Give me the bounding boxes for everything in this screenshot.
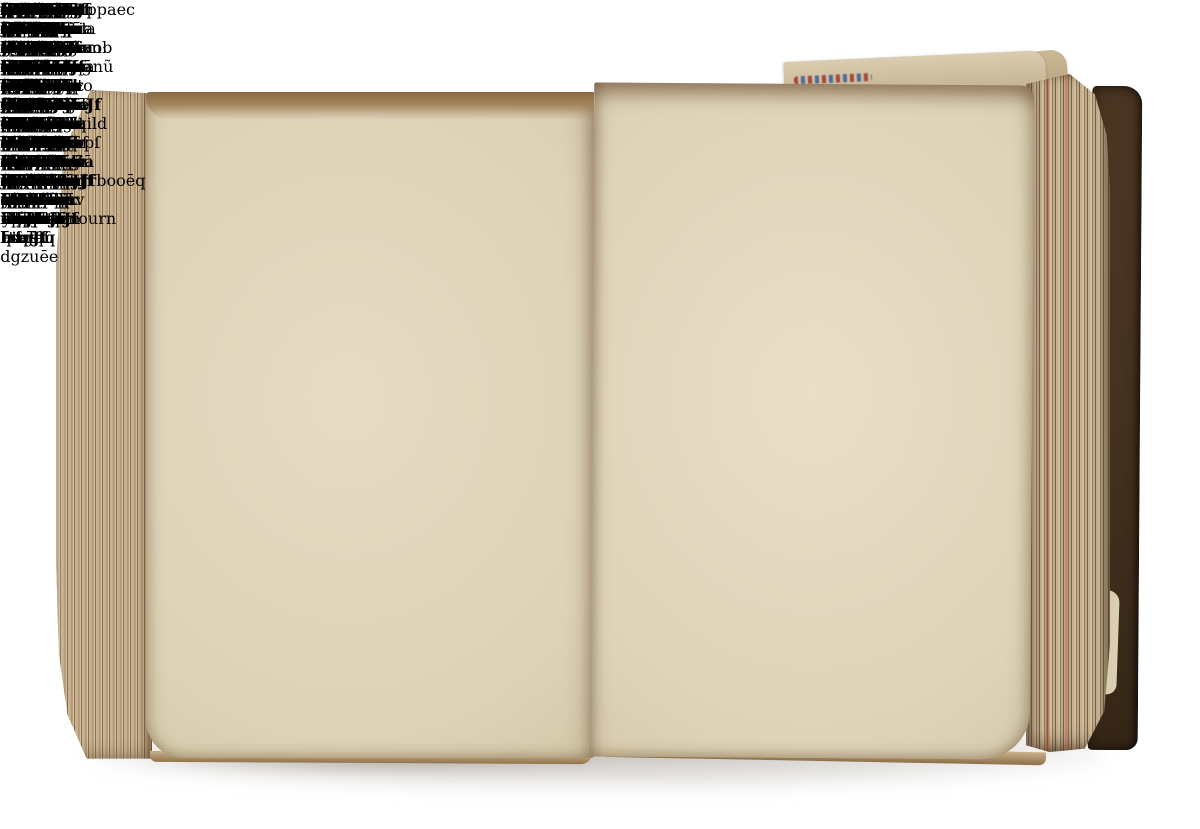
- red-touched-initial: C: [0, 0, 12, 19]
- left-page: [146, 92, 594, 758]
- manuscript-photo: uā ats rzufadmc nīmco eaīua rūcrucod got…: [0, 0, 1200, 829]
- script-line: l bgielyf· anathema hnō ubt ihvob· hst o…: [1, 0, 81, 171]
- red-blue-penwork-edge: [794, 73, 872, 85]
- right-page: [590, 82, 1035, 759]
- right-page-edge-stack: [1026, 74, 1110, 752]
